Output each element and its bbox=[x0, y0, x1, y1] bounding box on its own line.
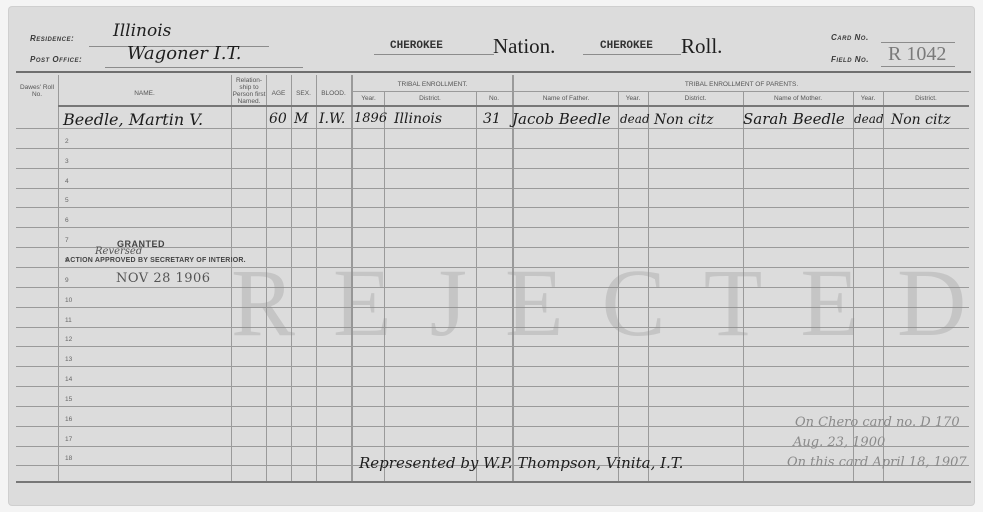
header-bottom-line bbox=[58, 105, 969, 107]
row-number: 17 bbox=[65, 436, 72, 443]
row-number: 14 bbox=[65, 376, 72, 383]
row1-te-year: 1896 bbox=[354, 111, 387, 126]
reversed-note: Reversed bbox=[95, 246, 142, 257]
col-header-tribal-enrollment: TRIBAL ENROLLMENT. bbox=[353, 81, 512, 88]
row1-age: 60 bbox=[269, 111, 287, 127]
date-stamp: NOV 28 1906 bbox=[116, 271, 211, 286]
col-header-name: NAME. bbox=[58, 90, 231, 97]
nation-title: Nation. bbox=[493, 34, 555, 59]
row-line bbox=[16, 227, 969, 228]
roll-prefix: CHEROKEE bbox=[600, 40, 653, 52]
row1-mother-year: dead bbox=[854, 112, 884, 126]
margin-note-line2: Aug. 23, 1900 bbox=[793, 435, 885, 450]
row1-father-district: Non citz bbox=[654, 112, 713, 128]
col-header-mother-name: Name of Mother. bbox=[743, 95, 853, 102]
col-header-relationship: Relation-ship to Person first Named. bbox=[232, 77, 266, 105]
group-header-line bbox=[514, 91, 969, 92]
row-number: 12 bbox=[65, 336, 72, 343]
residence-label: Residence: bbox=[30, 34, 74, 43]
post-office-underline bbox=[105, 67, 303, 68]
row1-father-year: dead bbox=[620, 112, 650, 126]
row-line bbox=[16, 406, 969, 407]
col-header-father-district: District. bbox=[648, 95, 743, 102]
col-header-mother-district: District. bbox=[883, 95, 969, 102]
row-number: 11 bbox=[65, 317, 72, 324]
row1-te-no: 31 bbox=[483, 111, 501, 127]
roll-title: Roll. bbox=[681, 34, 722, 59]
row1-te-district: Illinois bbox=[394, 111, 442, 127]
field-no-label: Field No. bbox=[831, 55, 869, 64]
row-number: 7 bbox=[65, 237, 69, 244]
row-number: 4 bbox=[65, 178, 69, 185]
row-line bbox=[16, 148, 969, 149]
margin-note-line1: On Chero card no. D 170 bbox=[795, 415, 960, 430]
enrollment-card: Residence: Illinois Post Office: Wagoner… bbox=[9, 7, 974, 505]
row-line bbox=[16, 188, 969, 189]
row-number: 6 bbox=[65, 217, 69, 224]
row-line bbox=[16, 386, 969, 387]
row-number: 13 bbox=[65, 356, 72, 363]
margin-note-line3: On this card April 18, 1907 bbox=[787, 455, 967, 470]
nation-prefix: CHEROKEE bbox=[390, 40, 443, 52]
col-header-dawes: Dawes' Roll No. bbox=[16, 84, 58, 98]
row-line bbox=[16, 366, 969, 367]
residence-value: Illinois bbox=[113, 21, 171, 41]
row-number: 10 bbox=[65, 297, 72, 304]
row1-sex: M bbox=[294, 111, 308, 127]
col-header-father-year: Year. bbox=[618, 95, 648, 102]
rejected-watermark: REJECTED bbox=[231, 247, 983, 358]
row1-father-name: Jacob Beedle bbox=[512, 110, 611, 128]
row-line bbox=[16, 168, 969, 169]
group-header-line bbox=[353, 91, 512, 92]
card-no-label: Card No. bbox=[831, 33, 869, 42]
header-separator bbox=[16, 71, 971, 73]
post-office-value: Wagoner I.T. bbox=[127, 43, 242, 64]
row-number: 15 bbox=[65, 396, 72, 403]
table-bottom-line bbox=[16, 481, 971, 483]
row-number: 5 bbox=[65, 197, 69, 204]
col-header-te-district: District. bbox=[384, 95, 476, 102]
col-header-father-name: Name of Father. bbox=[514, 95, 618, 102]
row1-mother-district: Non citz bbox=[891, 112, 950, 128]
row-number: 16 bbox=[65, 416, 72, 423]
col-header-te-no: No. bbox=[476, 95, 512, 102]
row-number: 9 bbox=[65, 277, 69, 284]
field-no-value: R 1042 bbox=[888, 43, 946, 66]
represented-by-note: Represented by W.P. Thompson, Vinita, I.… bbox=[359, 454, 683, 472]
col-header-blood: BLOOD. bbox=[316, 90, 351, 97]
col-header-parents: TRIBAL ENROLLMENT OF PARENTS. bbox=[514, 81, 969, 88]
col-header-te-year: Year. bbox=[353, 95, 384, 102]
col-header-age: AGE bbox=[266, 90, 291, 97]
col-header-sex: SEX. bbox=[291, 90, 316, 97]
row1-mother-name: Sarah Beedle bbox=[743, 110, 845, 128]
row-line bbox=[16, 207, 969, 208]
row1-name: Beedle, Martin V. bbox=[63, 110, 203, 129]
action-approved-stamp: ACTION APPROVED BY SECRETARY OF INTERIOR… bbox=[65, 257, 246, 264]
row1-blood: I.W. bbox=[319, 111, 345, 127]
roll-underline bbox=[583, 54, 681, 55]
nation-underline bbox=[374, 54, 494, 55]
row-number: 3 bbox=[65, 158, 69, 165]
row-number: 2 bbox=[65, 138, 69, 145]
post-office-label: Post Office: bbox=[30, 55, 82, 64]
col-header-mother-year: Year. bbox=[853, 95, 883, 102]
field-no-underline bbox=[881, 66, 955, 67]
row-number: 18 bbox=[65, 455, 72, 462]
col-divider bbox=[58, 75, 59, 481]
